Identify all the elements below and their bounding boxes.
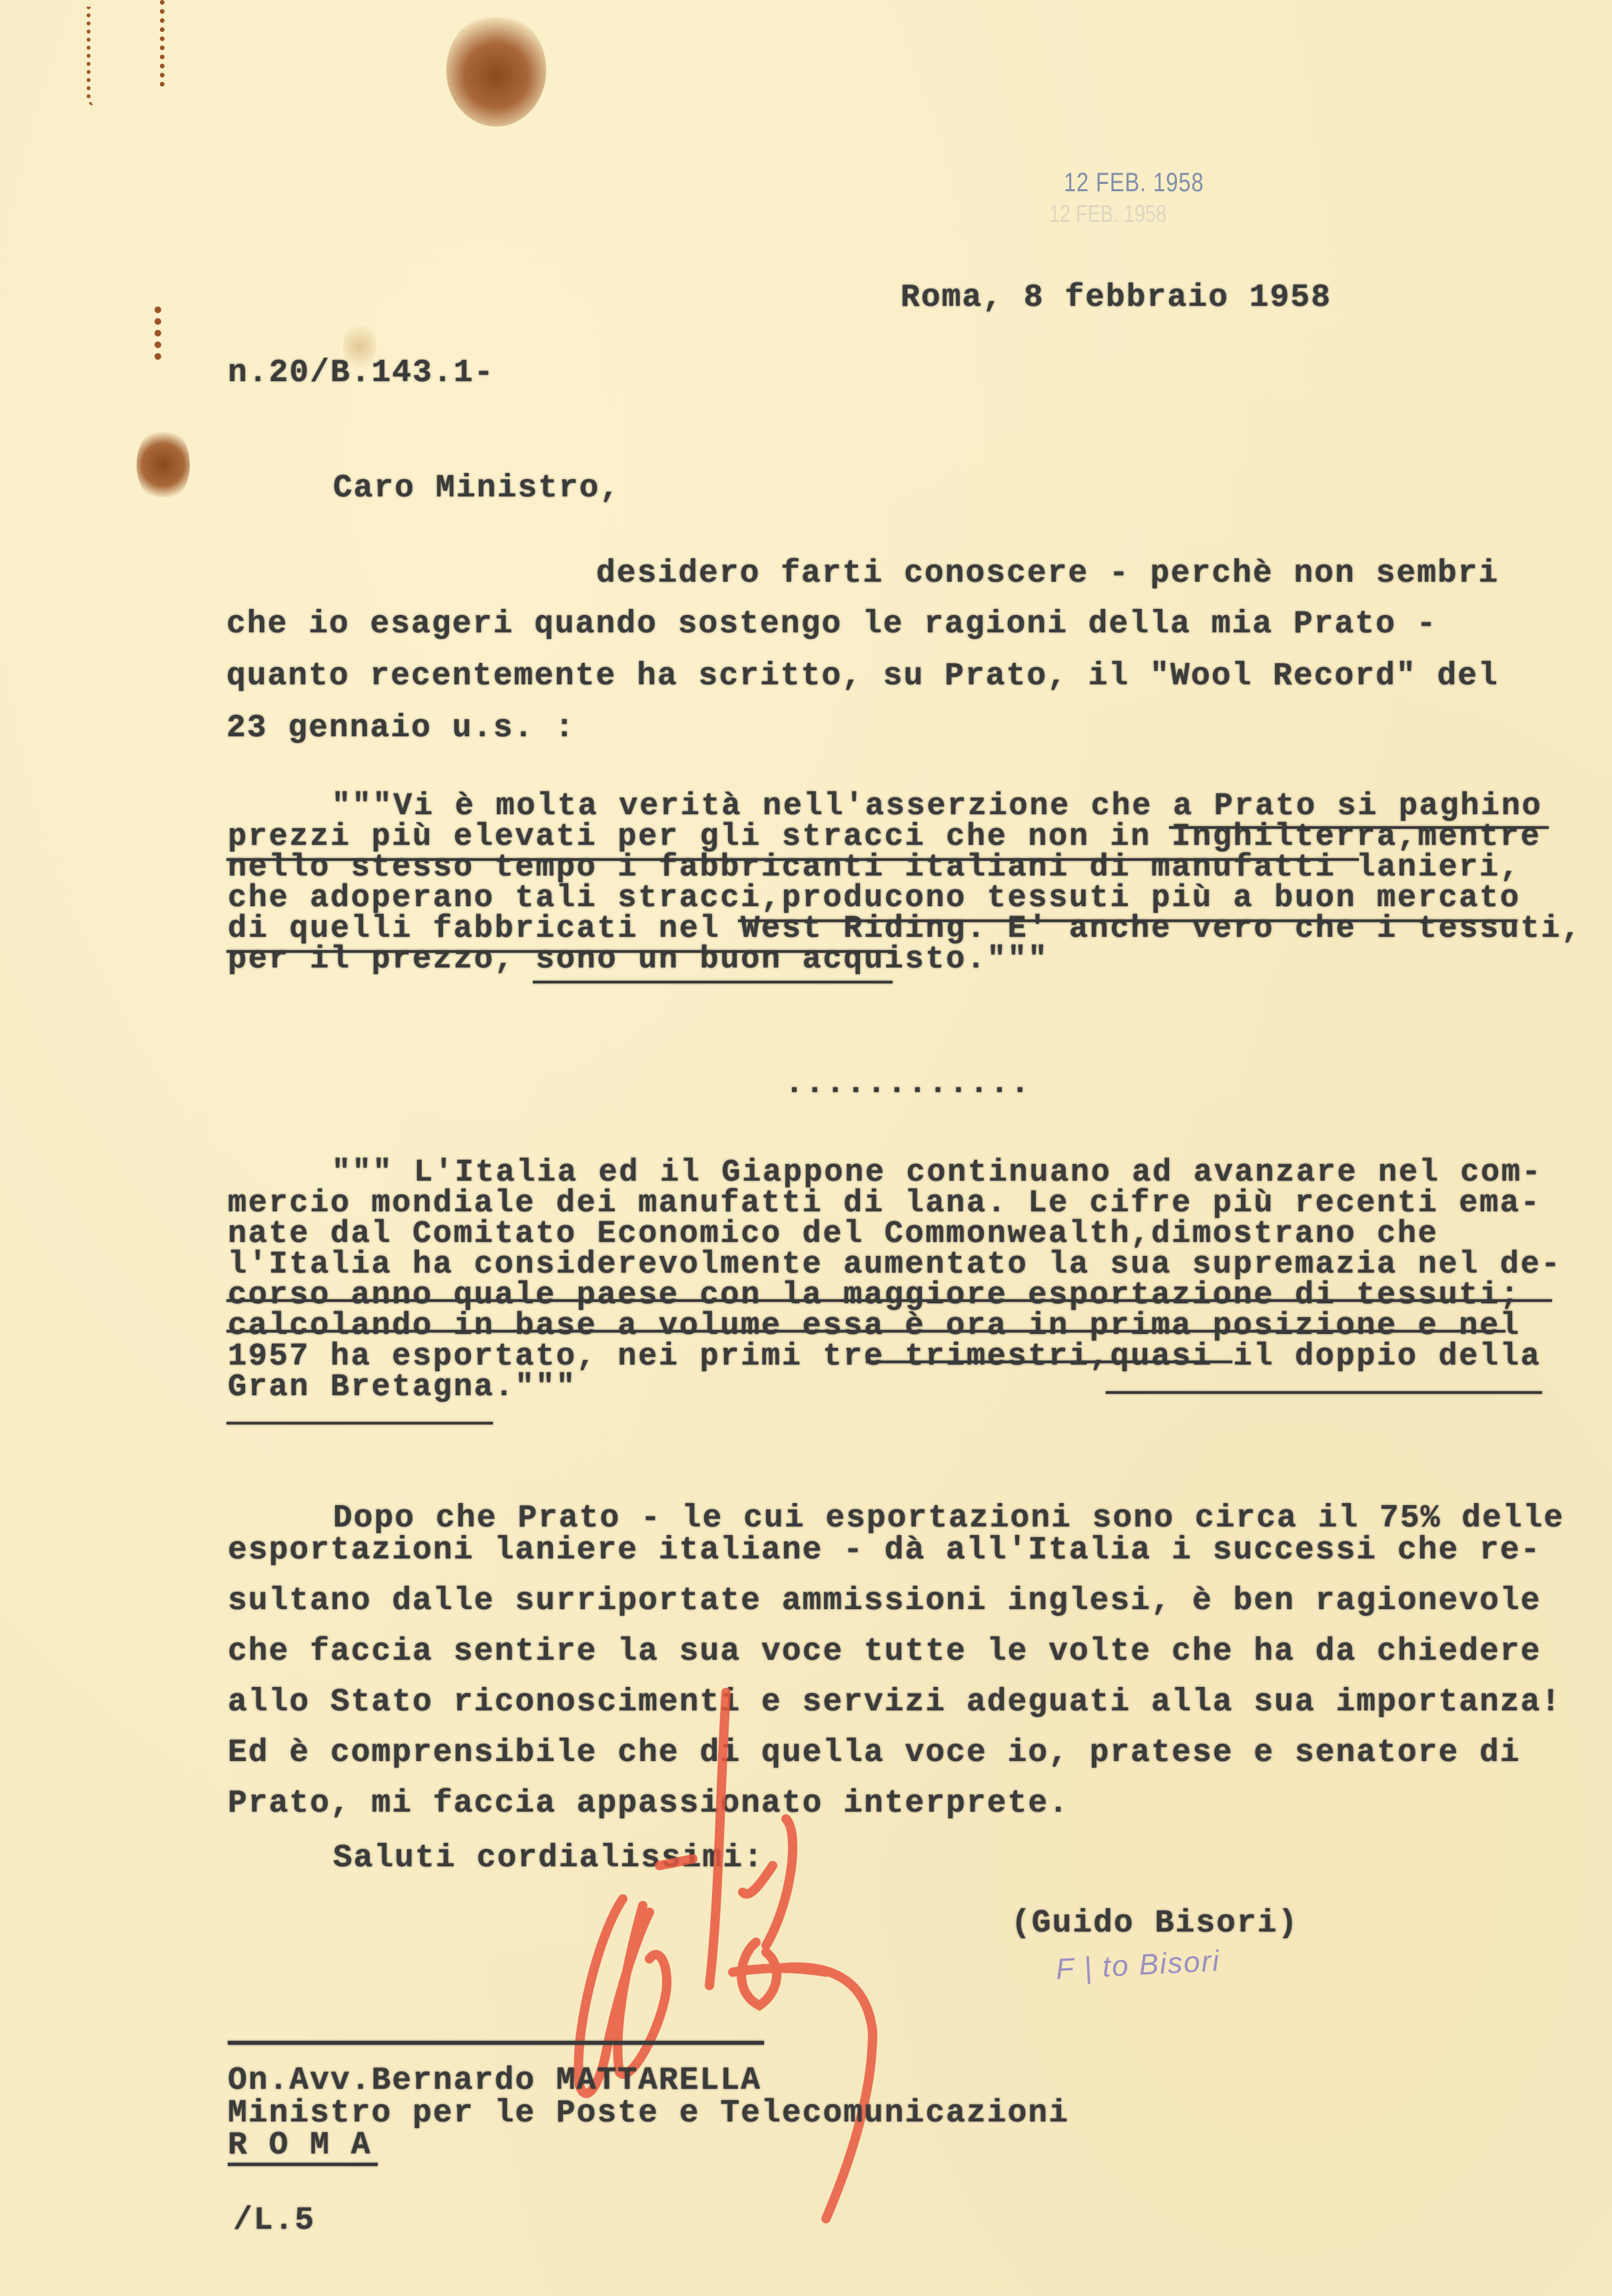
- signature-line: [228, 2041, 764, 2045]
- recipient-name: On.Avv.Bernardo MATTARELLA: [228, 2063, 761, 2099]
- recipient-city: R O M A: [228, 2127, 372, 2163]
- city-underline: [228, 2163, 378, 2166]
- reference-code: /L.5: [233, 2203, 315, 2239]
- recipient-title: Ministro per le Poste e Telecomunicazion…: [228, 2095, 1069, 2131]
- red-pencil-annotations-icon: [0, 0, 1612, 2296]
